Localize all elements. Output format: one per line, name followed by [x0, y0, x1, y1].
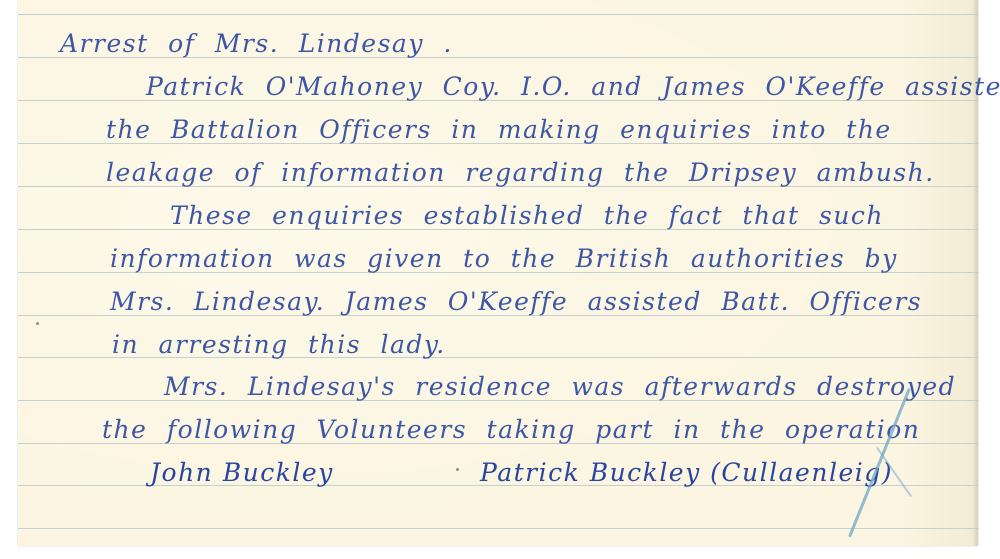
- line-text: Mrs. Lindesay. James O'Keeffe assisted B…: [110, 282, 922, 322]
- line-text: leakage of information regarding the Dri…: [106, 153, 935, 193]
- volunteer-name: John Buckley: [150, 453, 334, 493]
- handwritten-line-7: Mrs. Lindesay. James O'Keeffe assisted B…: [18, 282, 978, 322]
- line-text: Patrick O'Mahoney Coy. I.O. and James O'…: [146, 67, 1000, 107]
- line-text: Mrs. Lindesay's residence was afterwards…: [164, 367, 956, 407]
- line-text: the Battalion Officers in making enquiri…: [106, 110, 892, 150]
- line-text: Arrest of Mrs. Lindesay .: [60, 24, 453, 64]
- ruled-line: [18, 528, 978, 529]
- line-text: information was given to the British aut…: [110, 239, 898, 279]
- volunteer-names-row: John Buckley Patrick Buckley (Cullaenlei…: [18, 453, 978, 493]
- handwritten-line-10: the following Volunteers taking part in …: [18, 410, 978, 450]
- line-text: the following Volunteers taking part in …: [102, 410, 920, 450]
- page: Arrest of Mrs. Lindesay . Patrick O'Maho…: [0, 0, 1000, 559]
- handwritten-line-9: Mrs. Lindesay's residence was afterwards…: [18, 367, 978, 407]
- ink-speck: [456, 468, 459, 471]
- lined-paper-sheet: Arrest of Mrs. Lindesay . Patrick O'Maho…: [18, 0, 978, 546]
- handwritten-line-3: the Battalion Officers in making enquiri…: [18, 110, 978, 150]
- handwritten-line-1: Arrest of Mrs. Lindesay .: [18, 24, 978, 64]
- line-text: These enquiries established the fact tha…: [170, 196, 884, 236]
- line-text: in arresting this lady.: [112, 325, 446, 365]
- ruled-line: [18, 14, 978, 15]
- ink-speck: [36, 322, 39, 325]
- handwritten-line-6: information was given to the British aut…: [18, 239, 978, 279]
- volunteer-name: Patrick Buckley (Cullaenleig): [480, 453, 893, 493]
- handwritten-line-8: in arresting this lady.: [18, 325, 978, 365]
- handwritten-line-2: Patrick O'Mahoney Coy. I.O. and James O'…: [18, 67, 978, 107]
- handwritten-line-4: leakage of information regarding the Dri…: [18, 153, 978, 193]
- handwritten-line-5: These enquiries established the fact tha…: [18, 196, 978, 236]
